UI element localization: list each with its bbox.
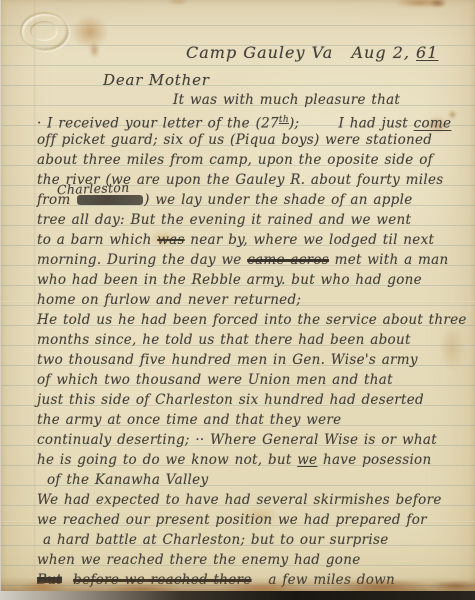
letter-line: a hard battle at Charleston; but to our … bbox=[37, 530, 473, 550]
text-run: have posession bbox=[317, 452, 431, 468]
text-run: we reached our present position we had p… bbox=[37, 512, 427, 528]
letter-line: We had expected to have had several skir… bbox=[37, 490, 473, 510]
text-run: about three miles from camp, upon the op… bbox=[37, 152, 433, 168]
salutation: Dear Mother bbox=[103, 71, 210, 89]
text-run: months since, he told us that there had … bbox=[37, 332, 411, 348]
text-run: who had been in the Rebble army. but who… bbox=[37, 272, 422, 288]
text-run: the river (we are upon the Gauley R. abo… bbox=[37, 172, 443, 188]
text-run: home on furlow and never returned; bbox=[37, 292, 301, 308]
text-run: came acros bbox=[247, 252, 329, 268]
text-run: tree all day: But the evening it rained … bbox=[37, 212, 411, 228]
letter-line: morning. During the day we came acros me… bbox=[37, 250, 473, 270]
letter-line: · I received your letter of the (27th); … bbox=[37, 110, 473, 130]
letter-paper: Camp Gauley Va Aug 2, 61 Dear Mother Cha… bbox=[1, 0, 475, 592]
ink-stain bbox=[89, 42, 100, 58]
inked-out-word bbox=[77, 195, 143, 205]
letter-line: from ) we lay under the shade of an appl… bbox=[37, 190, 473, 210]
text-run: from bbox=[37, 192, 76, 208]
letter-line: he is going to do we know not, but we ha… bbox=[37, 450, 473, 470]
letter-line: about three miles from camp, upon the op… bbox=[37, 150, 473, 170]
dateline-text: Camp Gauley Va Aug 2, bbox=[186, 43, 416, 62]
letter-line: of the Kanawha Valley bbox=[37, 470, 473, 490]
dateline: Camp Gauley Va Aug 2, 61 bbox=[186, 43, 438, 62]
letter-photo: Camp Gauley Va Aug 2, 61 Dear Mother Cha… bbox=[0, 0, 475, 600]
text-run: just this side of Charleston six hundred… bbox=[37, 392, 424, 408]
text-run: He told us he had been forced into the s… bbox=[37, 312, 467, 328]
text-run: was bbox=[157, 232, 184, 248]
letter-line: we reached our present position we had p… bbox=[37, 510, 473, 530]
text-run: near by, where we lodged til next bbox=[185, 232, 435, 248]
letter-line: tree all day: But the evening it rained … bbox=[37, 210, 473, 230]
text-run: two thousand five hundred men in Gen. Wi… bbox=[37, 352, 418, 368]
text-run: when we reached there the enemy had gone bbox=[37, 552, 361, 568]
edge-stain bbox=[167, 0, 189, 5]
text-run: the army at once time and that they were bbox=[37, 412, 341, 428]
text-run: th bbox=[279, 115, 289, 125]
text-run: of which two thousand were Union men and… bbox=[37, 372, 393, 388]
letter-line: who had been in the Rebble army. but who… bbox=[37, 270, 473, 290]
text-run: we bbox=[297, 452, 317, 468]
text-run: We had expected to have had several skir… bbox=[37, 492, 442, 508]
text-run: off picket guard; six of us (Piqua boys)… bbox=[37, 132, 432, 148]
letter-line: months since, he told us that there had … bbox=[37, 330, 473, 350]
letter-line: to a barn which was near by, where we lo… bbox=[37, 230, 473, 250]
photo-backdrop bbox=[0, 591, 475, 600]
letter-line: the river (we are upon the Gauley R. abo… bbox=[37, 170, 473, 190]
text-run: morning. During the day we bbox=[37, 252, 247, 268]
text-run: ) we lay under the shade of an apple bbox=[144, 192, 412, 208]
text-run: It was with much pleasure that bbox=[173, 92, 400, 108]
text-run: a hard battle at Charleston; but to our … bbox=[43, 532, 389, 548]
embossed-seal bbox=[21, 13, 69, 51]
letter-line: of which two thousand were Union men and… bbox=[37, 370, 473, 390]
letter-line: when we reached there the enemy had gone bbox=[37, 550, 473, 570]
edge-stain bbox=[429, 0, 447, 8]
text-run: met with a man bbox=[329, 252, 448, 268]
text-run: of the Kanawha Valley bbox=[47, 472, 208, 488]
letter-line: continualy deserting; ·· Where General W… bbox=[37, 430, 473, 450]
letter-line: two thousand five hundred men in Gen. Wi… bbox=[37, 350, 473, 370]
letter-line: just this side of Charleston six hundred… bbox=[37, 390, 473, 410]
letter-line: It was with much pleasure that bbox=[37, 90, 473, 110]
text-run: he is going to do we know not, but bbox=[37, 452, 297, 468]
letter-line: home on furlow and never returned; bbox=[37, 290, 473, 310]
torn-bottom-edge bbox=[1, 577, 475, 592]
text-run: continualy deserting; ·· Where General W… bbox=[37, 432, 437, 448]
letter-line: off picket guard; six of us (Piqua boys)… bbox=[37, 130, 473, 150]
text-run: to a barn which bbox=[37, 232, 157, 248]
dateline-year: 61 bbox=[416, 43, 438, 62]
letter-line: He told us he had been forced into the s… bbox=[37, 310, 473, 330]
letter-line: the army at once time and that they were bbox=[37, 410, 473, 430]
letter-body: It was with much pleasure that· I receiv… bbox=[37, 90, 473, 590]
